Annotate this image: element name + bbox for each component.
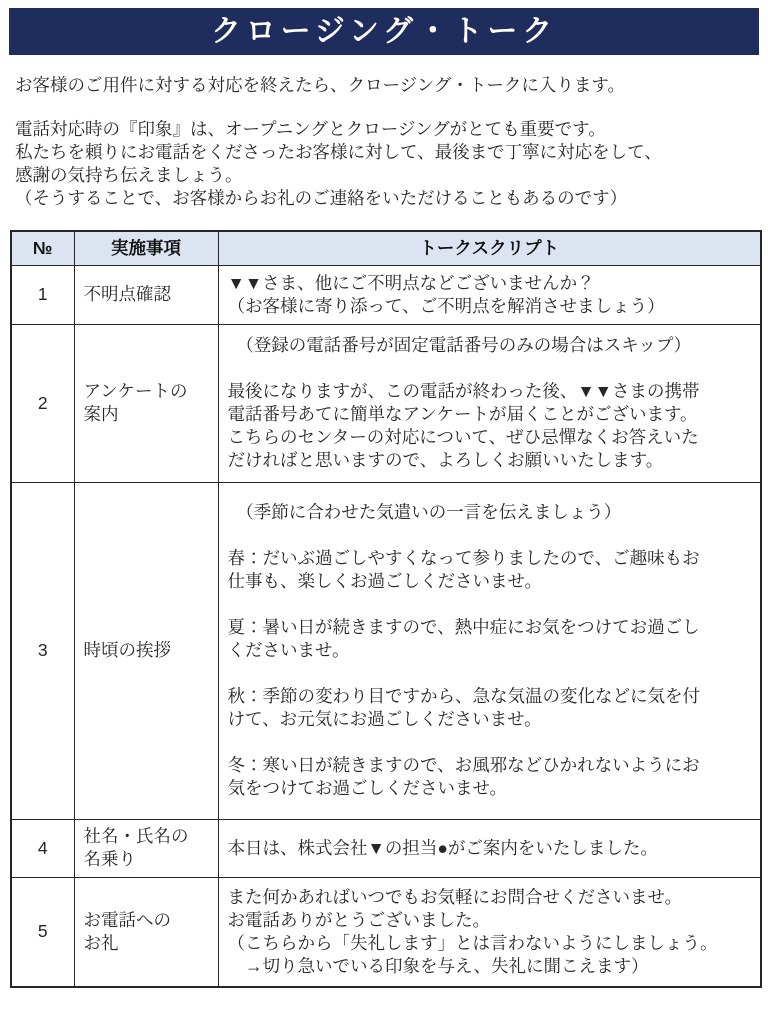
table-row: 2 アンケートの 案内 （登録の電話番号が固定電話番号のみの場合はスキップ） 最… [11, 324, 761, 482]
table-header-row: № 実施事項 トークスクリプト [11, 231, 761, 265]
script-cell: （登録の電話番号が固定電話番号のみの場合はスキップ） 最後になりますが、この電話… [218, 324, 761, 482]
header-no: № [11, 231, 74, 265]
table-row: 1 不明点確認 ▼▼さま、他にご不明点などございませんか？ （お客様に寄り添って… [11, 265, 761, 324]
table-row: 5 お電話への お礼 また何かあればいつでもお気軽にお問合せくださいませ。 お電… [11, 877, 761, 987]
page-title: クロージング・トーク [9, 8, 759, 55]
item-cell: アンケートの 案内 [74, 324, 218, 482]
item-cell: 社名・氏名の 名乗り [74, 819, 218, 877]
document-page: クロージング・トーク お客様のご用件に対する対応を終えたら、クロージング・トーク… [0, 0, 768, 1024]
intro-body-text: 電話対応時の『印象』は、オープニングとクロージングがとても重要です。 私たちを頼… [15, 118, 759, 210]
table-row: 4 社名・氏名の 名乗り 本日は、株式会社▼の担当●がご案内をいたしました。 [11, 819, 761, 877]
table-row: 3 時頃の挨拶 （季節に合わせた気遣いの一言を伝えましょう） 春：だいぶ過ごしや… [11, 482, 761, 819]
header-item: 実施事項 [74, 231, 218, 265]
row-number-cell: 2 [11, 324, 74, 482]
script-cell: 本日は、株式会社▼の担当●がご案内をいたしました。 [218, 819, 761, 877]
item-cell: 不明点確認 [74, 265, 218, 324]
script-table: № 実施事項 トークスクリプト 1 不明点確認 ▼▼さま、他にご不明点などござい… [10, 230, 762, 988]
item-cell: 時頃の挨拶 [74, 482, 218, 819]
script-cell: また何かあればいつでもお気軽にお問合せくださいませ。 お電話ありがとうございまし… [218, 877, 761, 987]
row-number-cell: 1 [11, 265, 74, 324]
header-script: トークスクリプト [218, 231, 761, 265]
item-cell: お電話への お礼 [74, 877, 218, 987]
row-number-cell: 5 [11, 877, 74, 987]
row-number-cell: 4 [11, 819, 74, 877]
script-cell: ▼▼さま、他にご不明点などございませんか？ （お客様に寄り添って、ご不明点を解消… [218, 265, 761, 324]
intro-lead-text: お客様のご用件に対する対応を終えたら、クロージング・トークに入ります。 [15, 74, 759, 97]
row-number-cell: 3 [11, 482, 74, 819]
script-cell: （季節に合わせた気遣いの一言を伝えましょう） 春：だいぶ過ごしやすくなって参りま… [218, 482, 761, 819]
